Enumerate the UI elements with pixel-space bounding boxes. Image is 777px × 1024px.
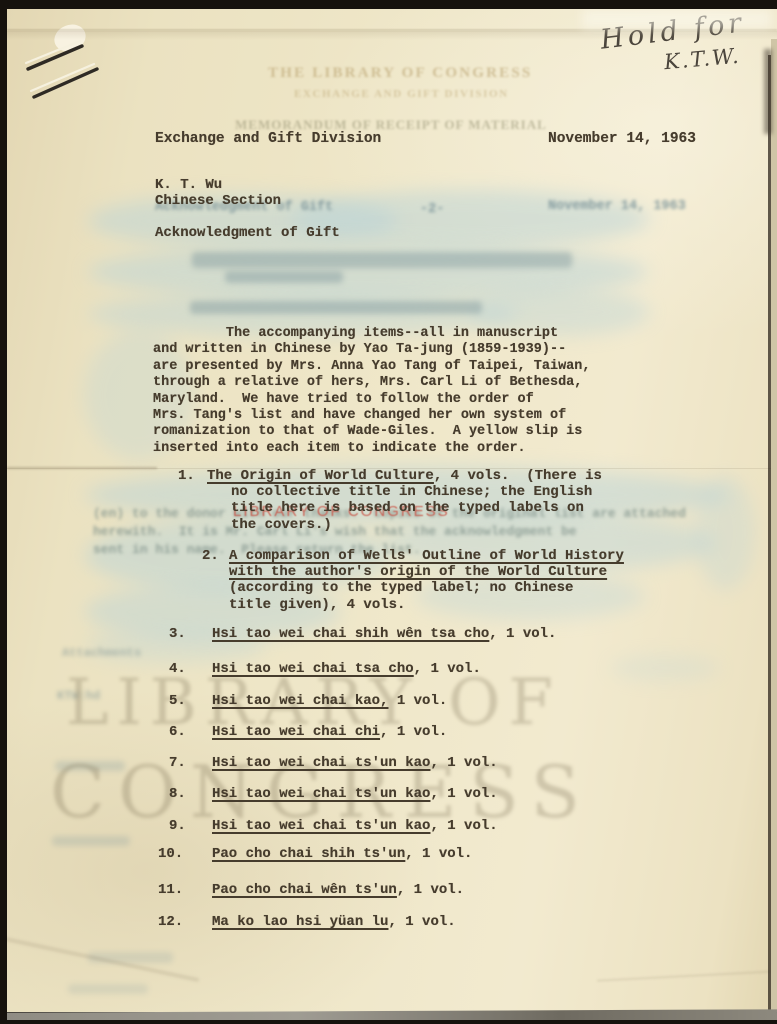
list-item-line: Hsi tao wei chai ts'un kao, 1 vol. [212, 755, 498, 771]
edge-bottom [0, 1020, 777, 1024]
list-item-line: Hsi tao wei chai chi, 1 vol. [212, 724, 447, 740]
item-text: , 1 vol. [414, 661, 481, 677]
item-number: 9. [169, 818, 186, 834]
list-item-line: Ma ko lao hsi yüan lu, 1 vol. [212, 914, 456, 930]
item-title: Hsi tao wei chai ts'un kao [212, 755, 430, 771]
list-item-line: no collective title in Chinese; the Engl… [231, 484, 592, 500]
item-number: 3. [169, 626, 186, 642]
ghost-text-bar [68, 984, 148, 994]
item-number: 6. [169, 724, 186, 740]
item-number: 5. [169, 693, 186, 709]
body-paragraph: The accompanying items--all in manuscrip… [153, 326, 590, 457]
ghost-letterhead-line1: THE LIBRARY OF CONGRESS [268, 65, 532, 82]
list-item-line: with the author's origin of the World Cu… [229, 564, 607, 580]
item-number: 8. [169, 786, 186, 802]
item-title: with the author's origin of the World Cu… [229, 564, 607, 580]
item-number: 11. [158, 882, 183, 898]
division-line: Exchange and Gift Division [155, 131, 381, 148]
list-item-line: Hsi tao wei chai ts'un kao, 1 vol. [212, 818, 498, 834]
item-text: (according to the typed label; no Chines… [229, 580, 573, 596]
list-item-line: The Origin of World Culture, 4 vols. (Th… [207, 468, 602, 484]
list-item-line: the covers.) [231, 517, 332, 533]
item-number: 12. [158, 914, 183, 930]
item-text: , 1 vol. [430, 755, 497, 771]
item-text: , 1 vol. [380, 724, 447, 740]
item-title: Pao cho chai shih ts'un [212, 846, 405, 862]
item-text: , 1 vol. [388, 914, 455, 930]
ghost-page2-pagenum: -2- [420, 202, 444, 217]
list-item-line: title here is based on the typed labels … [231, 500, 584, 516]
staples-icon [18, 22, 118, 107]
item-text: 1 vol. [388, 693, 447, 709]
subject-line: Acknowledgment of Gift [155, 225, 340, 241]
list-item-line: Hsi tao wei chai kao, 1 vol. [212, 693, 447, 709]
ghost-text-bar [225, 271, 343, 283]
item-text: no collective title in Chinese; the Engl… [231, 484, 592, 500]
ghost-letterhead-line2: EXCHANGE AND GIFT DIVISION [294, 88, 509, 100]
item-text: title given), 4 vols. [229, 597, 405, 613]
ghost-memo-line2: herewith. It is Mr. Carl Li's wish that … [93, 524, 577, 539]
item-title: Hsi tao wei chai ts'un kao [212, 786, 430, 802]
item-text: the covers.) [231, 517, 332, 533]
list-item-line: title given), 4 vols. [229, 597, 405, 613]
list-item-line: (according to the typed label; no Chines… [229, 580, 573, 596]
item-number: 7. [169, 755, 186, 771]
item-title: Ma ko lao hsi yüan lu [212, 914, 388, 930]
list-item-line: Hsi tao wei chai ts'un kao, 1 vol. [212, 786, 498, 802]
ghost-fragment-attachments: Attachments [62, 646, 141, 660]
recipient-name: K. T. Wu [155, 177, 222, 193]
item-number: 4. [169, 661, 186, 677]
item-title: Hsi tao wei chai ts'un kao [212, 818, 430, 834]
ghost-text-bar [52, 836, 130, 846]
item-number: 1. [178, 468, 195, 484]
edge-left [0, 0, 7, 1024]
item-text: , 1 vol. [430, 786, 497, 802]
item-text: title here is based on the typed labels … [231, 500, 584, 516]
item-title: Hsi tao wei chai kao, [212, 693, 388, 709]
item-title: Pao cho chai wên ts'un [212, 882, 397, 898]
blue-bleedthrough-shape [610, 655, 720, 681]
item-number: 2. [202, 548, 219, 564]
blue-bleedthrough-shape [695, 475, 755, 590]
ghost-text-bar [192, 252, 572, 265]
item-title: The Origin of World Culture [207, 468, 434, 484]
item-title: A comparison of Wells' Outline of World … [229, 548, 624, 564]
item-title: Hsi tao wei chai tsa cho [212, 661, 414, 677]
ghost-text-bar [190, 301, 482, 314]
right-edge-smudge [764, 49, 772, 134]
list-item-line: Hsi tao wei chai tsa cho, 1 vol. [212, 661, 481, 677]
item-text: , 1 vol. [430, 818, 497, 834]
right-edge-sliver [771, 39, 777, 1012]
item-text: , 4 vols. (There is [434, 468, 602, 484]
list-item-line: Hsi tao wei chai shih wên tsa cho, 1 vol… [212, 626, 556, 642]
item-title: Hsi tao wei chai chi [212, 724, 380, 740]
list-item-line: Pao cho chai wên ts'un, 1 vol. [212, 882, 464, 898]
crease-bottom-right [597, 970, 777, 981]
item-text: , 1 vol. [489, 626, 556, 642]
crease-middle-left [7, 467, 157, 469]
item-title: Hsi tao wei chai shih wên tsa cho [212, 626, 489, 642]
handwritten-ktw: K.T.W. [663, 44, 741, 75]
item-text: , 1 vol. [397, 882, 464, 898]
list-item-line: Pao cho chai shih ts'un, 1 vol. [212, 846, 472, 862]
item-number: 10. [158, 846, 183, 862]
date-line: November 14, 1963 [548, 131, 696, 148]
ghost-page2-date: November 14, 1963 [548, 199, 686, 214]
item-text: , 1 vol. [405, 846, 472, 862]
list-item-line: A comparison of Wells' Outline of World … [229, 548, 624, 564]
ghost-text-bar [88, 952, 173, 963]
document-page: THE LIBRARY OF CONGRESS EXCHANGE AND GIF… [7, 9, 777, 1012]
right-edge-line [768, 55, 771, 1012]
edge-top [0, 0, 777, 9]
recipient-section: Chinese Section [155, 193, 281, 209]
scanned-letter: THE LIBRARY OF CONGRESS EXCHANGE AND GIF… [0, 0, 777, 1024]
